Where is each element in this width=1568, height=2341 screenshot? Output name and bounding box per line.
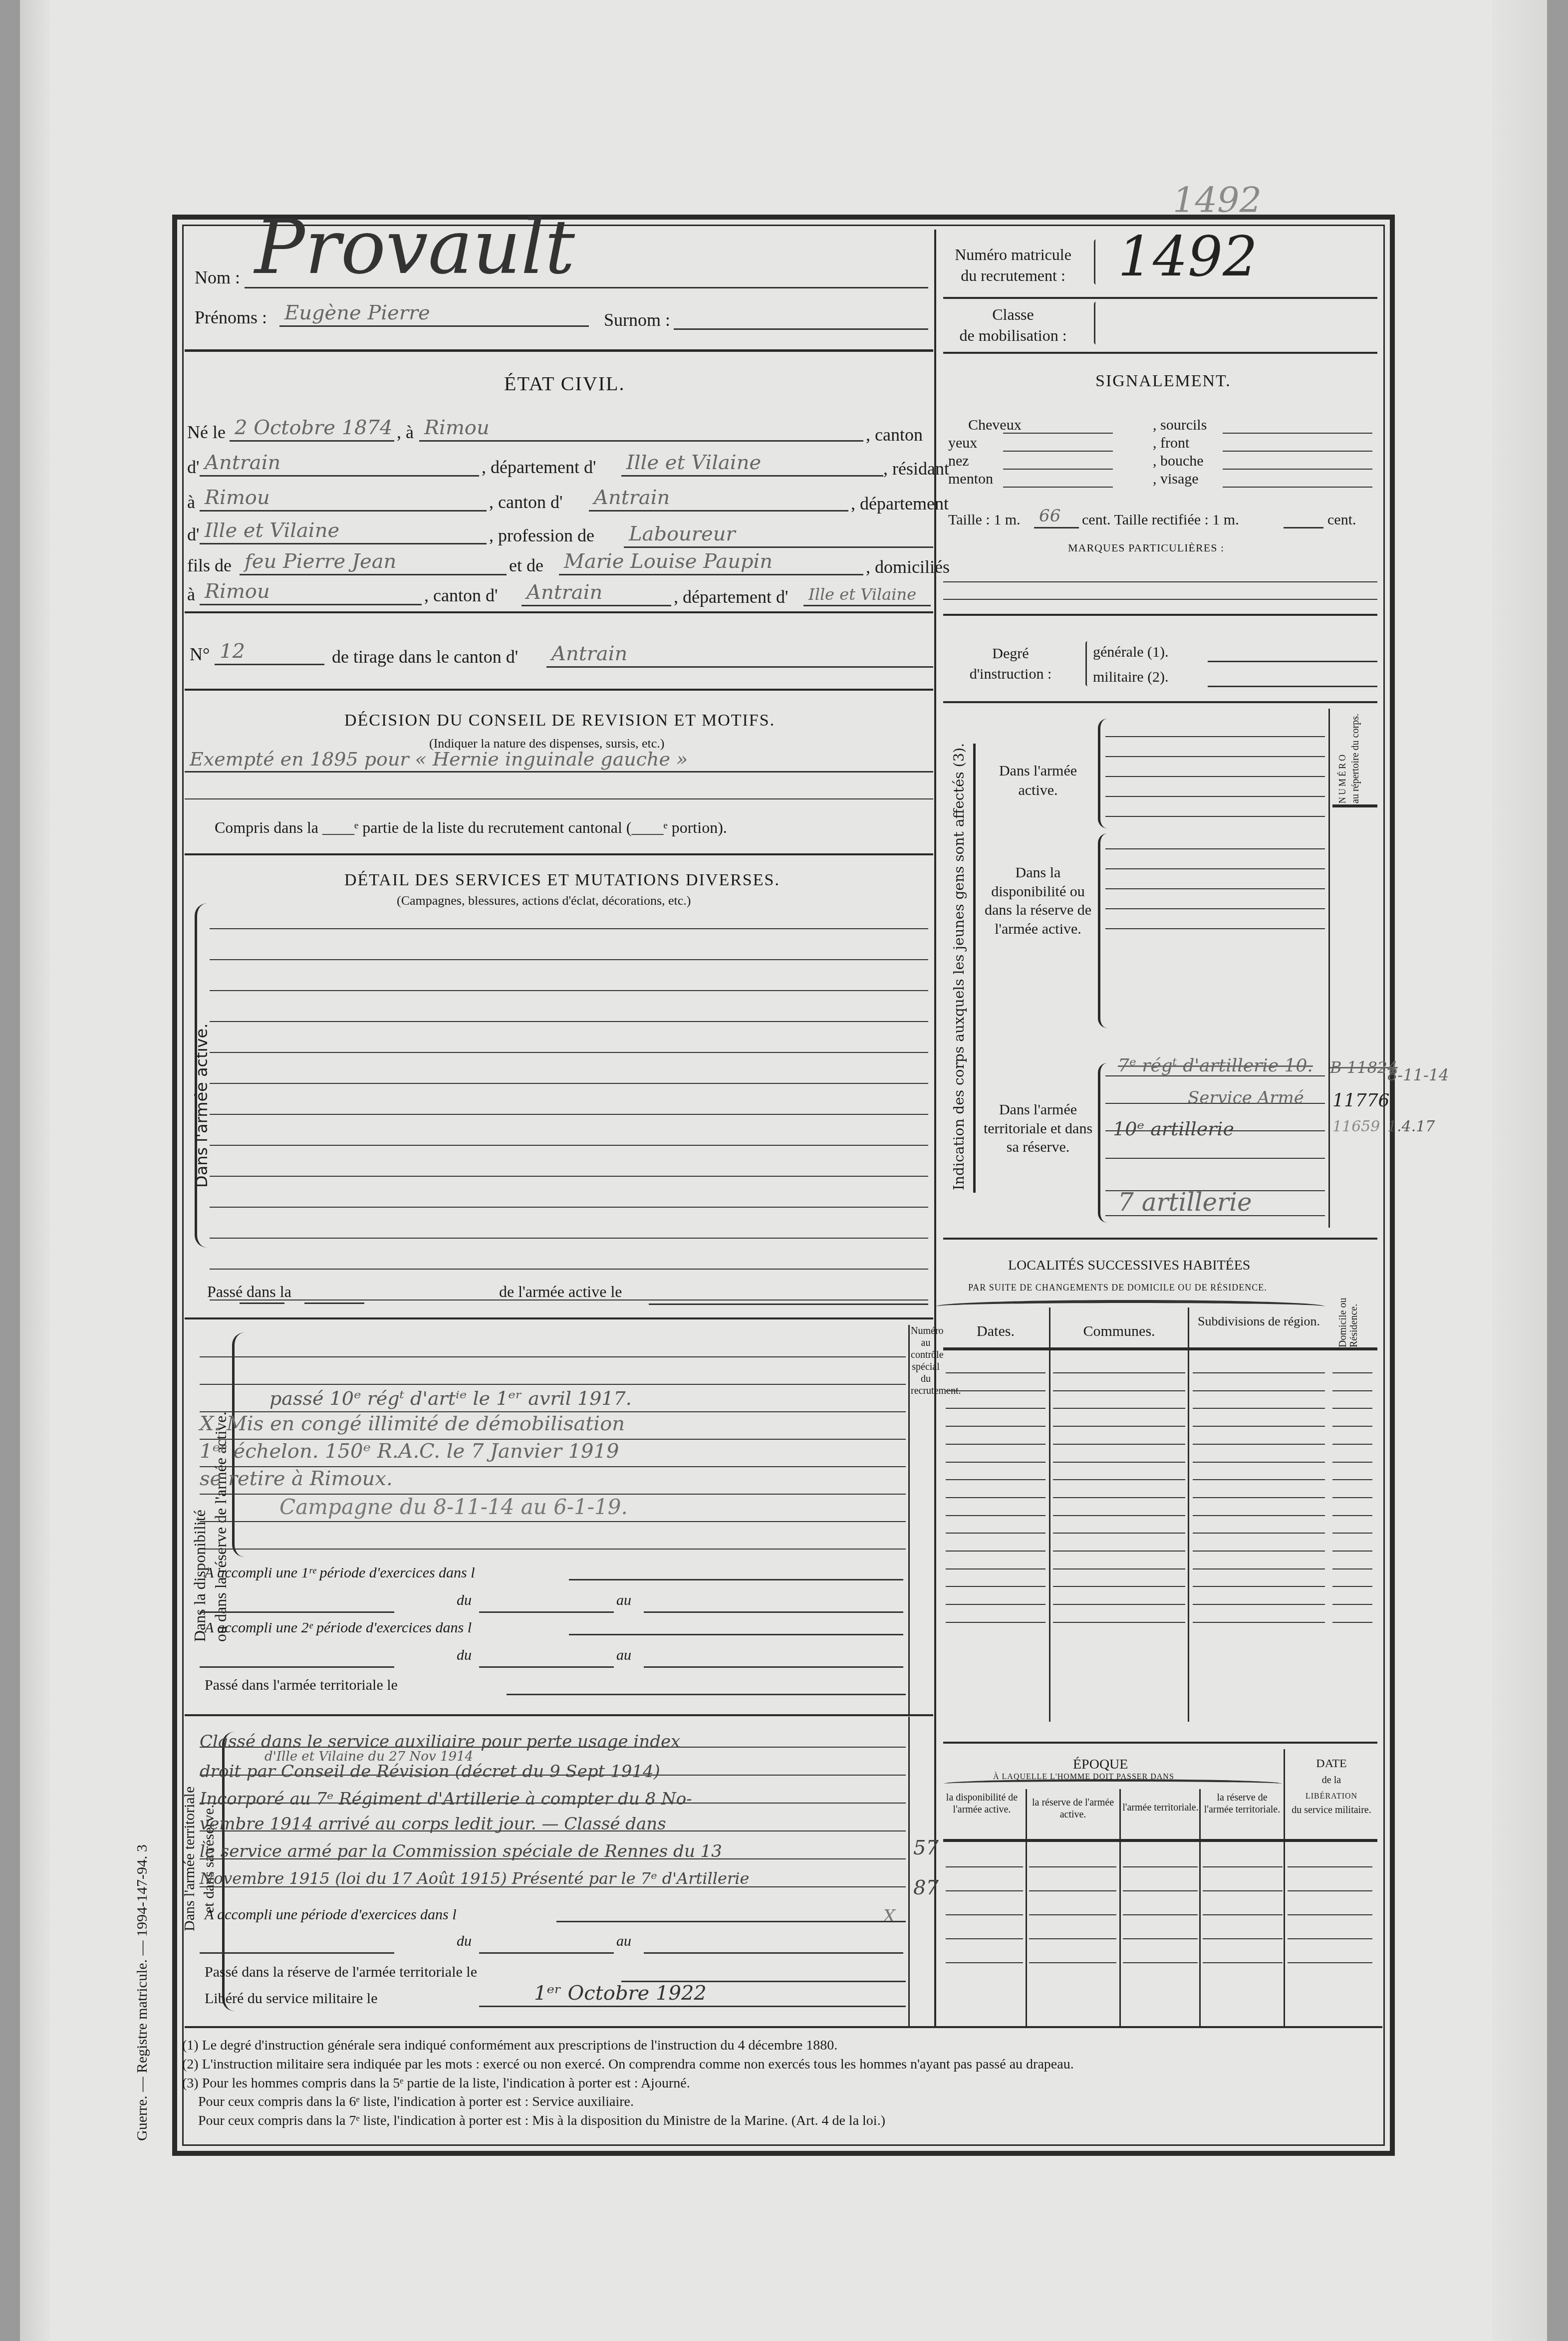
passe-territoriale-label: Passé dans l'armée territoriale le: [205, 1677, 398, 1694]
periode2-au-field: [644, 1649, 903, 1668]
et-de-label: et de: [509, 555, 543, 576]
signalement-field: [1223, 487, 1372, 488]
du-label: du: [457, 1933, 472, 1950]
dispo-entry: Campagne du 8-11-14 au 6-1-19.: [279, 1495, 628, 1519]
corps-date: 8-11-14: [1387, 1065, 1449, 1084]
ruled-line: [1105, 1158, 1325, 1159]
vertical-line: Dans l'armée territoriale: [180, 1787, 199, 1931]
date-liberation: LIBÉRATION: [1287, 1792, 1376, 1801]
ruled-line: [1193, 1479, 1325, 1480]
ruled-line: [1123, 1866, 1198, 1867]
signalement-label: , front: [1153, 435, 1189, 452]
signalement-label: yeux: [948, 435, 977, 452]
divider: [185, 1714, 933, 1716]
ruled-line: [1193, 1426, 1325, 1427]
divider: [943, 352, 1377, 354]
ruled-line: [1123, 1962, 1198, 1963]
divider: [943, 701, 1377, 703]
brace: [1098, 1063, 1107, 1223]
ruled-line: [946, 1962, 1023, 1963]
instruction-militaire-field: [1208, 669, 1377, 687]
ruled-line: [1029, 1962, 1116, 1963]
column-header-dates: Dates.: [946, 1322, 1045, 1340]
corps-dispo-label: Dans la disponibilité ou dans la réserve…: [981, 863, 1095, 938]
instruction-label: Degré d'instruction :: [948, 644, 1073, 684]
ruled-line: [1332, 1551, 1372, 1552]
ruled-line: [1053, 1604, 1185, 1605]
signalement-label: Cheveux: [968, 417, 1022, 434]
ruled-line: [946, 1444, 1045, 1445]
ruled-line: [946, 1622, 1045, 1623]
brace: [1098, 833, 1107, 1028]
signalement-field: [1003, 469, 1113, 470]
prenoms-label: Prénoms :: [195, 307, 267, 328]
ruled-line: [1193, 1622, 1325, 1623]
label-line: d'instruction :: [948, 664, 1073, 685]
column-divider: [908, 1717, 910, 2026]
ruled-line: [1105, 888, 1325, 889]
numero-controle-label: Numéro au contrôle spécial du recrutemen…: [911, 1325, 941, 1397]
periode-du-field: [479, 1935, 614, 1954]
label-line: Degré: [948, 644, 1073, 664]
signalement-field: [1003, 487, 1113, 488]
ruled-line: [210, 1176, 928, 1177]
decorative-swash: [943, 1779, 1283, 1789]
canton-label: , canton: [866, 424, 923, 445]
au-label: au: [616, 1933, 631, 1950]
page-edge: [1492, 0, 1547, 2341]
column-header-communes: Communes.: [1053, 1322, 1185, 1340]
profession: Laboureur: [629, 522, 736, 545]
dispo-entry: se retire à Rimoux.: [200, 1467, 393, 1490]
ruled-line: [1332, 1515, 1372, 1516]
book-spine: [20, 0, 50, 2341]
taille-field: 66: [1034, 509, 1079, 528]
du-label: du: [457, 1647, 472, 1664]
passe-type-field: [304, 1283, 364, 1304]
ruled-line: [1105, 868, 1325, 869]
mother-field: Marie Louise Paupin: [559, 554, 863, 575]
ruled-line: [1105, 736, 1325, 737]
ruled-line: [200, 1549, 906, 1550]
ruled-line: [1288, 1866, 1372, 1867]
ruled-line: [210, 1269, 928, 1270]
ruled-line: [946, 1497, 1045, 1498]
ruled-line: [1288, 1914, 1372, 1915]
ruled-line: [1053, 1497, 1185, 1498]
ruled-line: [946, 1390, 1045, 1391]
corps-territoriale-label: Dans l'armée territoriale et dans sa rés…: [981, 1100, 1095, 1157]
terr-entry: Incorporé au 7ᵉ Régiment d'Artillerie à …: [200, 1789, 692, 1809]
footnote-2: (2) L'instruction militaire sera indiqué…: [182, 2055, 1074, 2074]
birth-date-field: 2 Octobre 1874: [230, 420, 394, 442]
label-line: de mobilisation :: [943, 325, 1083, 346]
terr-entry: Novembre 1915 (loi du 17 Août 1915) Prés…: [200, 1869, 749, 1888]
birth-place: Rimou: [424, 416, 490, 439]
brace: [1094, 240, 1098, 284]
nom-label: Nom :: [195, 267, 240, 288]
ruled-line: [210, 959, 928, 960]
surnom-label: Surnom :: [604, 309, 670, 330]
passe-reserve-label: Passé dans la réserve de l'armée territo…: [205, 1964, 477, 1981]
signalement-field: [1003, 433, 1113, 434]
tirage-number-field: 12: [215, 644, 324, 665]
margin-note: 57: [913, 1836, 939, 1859]
ruled-line: [1053, 1533, 1185, 1534]
ruled-line: [210, 1052, 928, 1053]
tirage-canton-field: Antrain: [546, 646, 933, 668]
ruled-line: [1193, 1586, 1325, 1587]
date-rest: du service militaire.: [1287, 1804, 1376, 1816]
ruled-line: [210, 1021, 928, 1022]
periode2-du-field: [479, 1649, 614, 1668]
cent-label: cent. Taille rectifiée : 1 m.: [1082, 512, 1239, 528]
ruled-line: [1193, 1372, 1325, 1373]
numero-vertical: NUMÉRO: [1337, 753, 1348, 803]
ruled-line: [1105, 756, 1325, 757]
decision-field: Exempté en 1895 pour « Hernie inguinale …: [185, 751, 933, 773]
ruled-line: [1288, 1962, 1372, 1963]
label-line: Classe: [943, 304, 1083, 325]
epoque-title: ÉPOQUE: [1073, 1757, 1128, 1773]
ruled-line: [946, 1372, 1045, 1373]
footnote-3b: Pour ceux compris dans la 6ᵉ liste, l'in…: [182, 2092, 1074, 2111]
ruled-line: [185, 798, 933, 799]
divider: [185, 1317, 933, 1319]
detail-services-title: DÉTAIL DES SERVICES ET MUTATIONS DIVERSE…: [344, 871, 780, 890]
ruled-line: [1203, 1914, 1283, 1915]
detail-services-subtitle: (Campagnes, blessures, actions d'éclat, …: [397, 893, 691, 908]
ruled-line: [1193, 1408, 1325, 1409]
ruled-line: [210, 928, 928, 929]
divider: [943, 614, 1377, 616]
ruled-line: [946, 1426, 1045, 1427]
ruled-line: [1053, 1622, 1185, 1623]
d-label: d': [187, 524, 200, 545]
ruled-line: [1123, 1890, 1198, 1891]
signalement-field: [1223, 451, 1372, 452]
margin-note: 87: [913, 1876, 939, 1899]
ruled-line: [1029, 1938, 1116, 1939]
column-divider: [1026, 1789, 1027, 2026]
ruled-line: [1123, 1914, 1198, 1915]
periode-au-field: [644, 1935, 903, 1954]
brace: [1085, 641, 1090, 686]
residence-dept-field: Ille et Vilaine: [200, 523, 487, 544]
ruled-line: [1105, 928, 1325, 929]
divider: [185, 611, 933, 613]
column-divider: [1188, 1307, 1189, 1722]
dispo-entry: 1ᵉʳ échelon. 150ᵉ R.A.C. le 7 Janvier 19…: [200, 1440, 619, 1463]
mother-name: Marie Louise Paupin: [564, 550, 773, 573]
epoque-col-reserve-territoriale: la réserve de l'armée territoriale.: [1202, 1792, 1283, 1816]
passe-date-field: [649, 1284, 928, 1305]
ruled-line: [1332, 1497, 1372, 1498]
divider: [1332, 804, 1377, 807]
localites-subtitle: PAR SUITE DE CHANGEMENTS DE DOMICILE OU …: [968, 1283, 1267, 1293]
departement-label: , département d': [482, 457, 596, 478]
residence-canton-field: Antrain: [589, 490, 848, 512]
ruled-line: [1053, 1372, 1185, 1373]
ruled-line: [1332, 1479, 1372, 1480]
ruled-line: [1029, 1914, 1116, 1915]
ruled-line: [1332, 1622, 1372, 1623]
ruled-line: [1053, 1479, 1185, 1480]
decision-title: DÉCISION DU CONSEIL DE REVISION ET MOTIF…: [344, 711, 775, 730]
ruled-line: [1123, 1938, 1198, 1939]
ruled-line: [1193, 1551, 1325, 1552]
ruled-line: [210, 1238, 928, 1239]
ruled-line: [1053, 1551, 1185, 1552]
ruled-line: [210, 990, 928, 991]
ruled-line: [200, 1384, 906, 1385]
prenoms-field: Eugène Pierre: [279, 305, 589, 327]
parents-residence-field: Rimou: [200, 584, 422, 605]
periode-label: A accompli une période d'exercices dans …: [205, 1906, 457, 1923]
birth-dept-field: Ille et Vilaine: [621, 455, 883, 477]
residant-label: , résidant: [883, 458, 949, 479]
signalement-label: , bouche: [1153, 453, 1204, 470]
matricule-number: 1492: [1118, 225, 1258, 288]
divider: [185, 349, 933, 352]
divider: [185, 853, 933, 855]
footnotes: (1) Le degré d'instruction générale sera…: [182, 2036, 1074, 2130]
footnote-3: (3) Pour les hommes compris dans la 5ᵉ p…: [182, 2074, 1074, 2093]
column-divider: [1199, 1789, 1201, 2026]
corps-entry: 10ᵉ artillerie: [1113, 1118, 1234, 1140]
corps-entry: Service Armé: [1188, 1088, 1304, 1108]
decorative-swash: [936, 1300, 1325, 1313]
periode1-au-field: [644, 1594, 903, 1613]
ruled-line: [1288, 1938, 1372, 1939]
ruled-line: [1332, 1604, 1372, 1605]
departement-label: , département: [851, 493, 949, 514]
signalement-label: , sourcils: [1153, 417, 1207, 434]
ruled-line: [1105, 848, 1325, 849]
cent-label: cent.: [1327, 512, 1356, 528]
tirage-canton: Antrain: [551, 642, 627, 665]
ruled-line: [1053, 1426, 1185, 1427]
birth-place-field: Rimou: [419, 420, 863, 442]
ruled-line: [1193, 1515, 1325, 1516]
brace: [1094, 302, 1098, 344]
corps-entry: 7ᵉ régᵗ d'artillerie 10.: [1118, 1055, 1313, 1076]
d-label: d': [187, 457, 200, 478]
terr-entry: Classé dans le service auxiliaire pour p…: [200, 1732, 908, 1752]
tirage-no-label: N°: [190, 644, 210, 665]
ruled-line: [1193, 1462, 1325, 1463]
taille-label: Taille : 1 m.: [948, 512, 1021, 528]
ruled-line: [946, 1515, 1045, 1516]
ruled-line: [946, 1914, 1023, 1915]
footnote-3c: Pour ceux compris dans la 7ᵉ liste, l'in…: [182, 2111, 1074, 2130]
ruled-line: [1193, 1390, 1325, 1391]
ruled-line: [943, 581, 1377, 582]
taille-value: 66: [1039, 506, 1060, 526]
ruled-line: [1193, 1444, 1325, 1445]
corps-numero: 11659: [1332, 1118, 1380, 1135]
dispo-entry: passé 10ᵉ régᵗ d'artⁱᵉ le 1ᵉʳ avril 1917…: [269, 1387, 632, 1409]
ruled-line: [1053, 1586, 1185, 1587]
periode1-du-field: [479, 1594, 614, 1613]
printer-imprint: Guerre. — Registre matricule. — 1994-147…: [134, 1844, 151, 2141]
divider: [943, 297, 1377, 299]
corps-numero: 11776: [1332, 1090, 1390, 1111]
tirage-number: 12: [220, 640, 245, 663]
classe-label: Classe de mobilisation :: [943, 304, 1083, 346]
father-field: feu Pierre Jean: [240, 554, 507, 575]
periode-field: [556, 1904, 906, 1922]
ruled-line: [1053, 1462, 1185, 1463]
nom-value: Provault: [255, 204, 575, 291]
ruled-line: [1105, 816, 1325, 817]
parents-residence: Rimou: [205, 580, 270, 603]
date-title: DATE: [1287, 1757, 1376, 1771]
ruled-line: [1332, 1426, 1372, 1427]
ruled-line: [200, 1521, 906, 1522]
profession-label: , profession de: [489, 525, 594, 546]
divider: [943, 1347, 1377, 1350]
divider: [973, 744, 976, 1193]
ruled-line: [200, 1356, 906, 1357]
signalement-field: [1223, 469, 1372, 470]
ruled-line: [1203, 1938, 1283, 1939]
ruled-line: [210, 1083, 928, 1084]
divider: [943, 1238, 1377, 1240]
birth-canton-field: Antrain: [200, 455, 479, 477]
ruled-line: [1105, 776, 1325, 777]
ruled-line: [946, 1462, 1045, 1463]
ruled-line: [946, 1408, 1045, 1409]
ruled-line: [1332, 1390, 1372, 1391]
parents-dept-field: Ille et Vilaine: [803, 585, 931, 606]
passe-mid-label: de l'armée active le: [499, 1283, 622, 1301]
ruled-line: [210, 1207, 928, 1208]
periode2-label: A accompli une 2ᵉ période d'exercices da…: [205, 1619, 472, 1636]
ruled-line: [946, 1479, 1045, 1480]
ruled-line: [946, 1551, 1045, 1552]
residence-field: Rimou: [200, 490, 487, 512]
ruled-line: [1203, 1866, 1283, 1867]
ruled-line: [1053, 1390, 1185, 1391]
birth-date: 2 Octobre 1874: [235, 416, 392, 439]
ruled-line: [946, 1568, 1045, 1569]
ruled-line: [1332, 1444, 1372, 1445]
etat-civil-title: ÉTAT CIVIL.: [504, 372, 625, 395]
marques-title: MARQUES PARTICULIÈRES :: [1068, 541, 1224, 554]
au-label: au: [616, 1592, 631, 1609]
instruction-generale-label: générale (1).: [1093, 644, 1169, 661]
departement-label: , département d': [674, 586, 788, 607]
corps-vertical-label: Indication des corps auxquels les jeunes…: [951, 743, 967, 1190]
ruled-line: [1053, 1568, 1185, 1569]
divider: [185, 2026, 1382, 2028]
ruled-line: [1053, 1408, 1185, 1409]
ruled-line: [946, 1586, 1045, 1587]
passe-territoriale-field: [507, 1677, 906, 1695]
column-divider: [908, 1325, 910, 1714]
instruction-generale-field: [1208, 644, 1377, 662]
taille-rectifiee-field: [1284, 509, 1323, 528]
a-label: , à: [397, 422, 414, 443]
surnom-field: [674, 308, 928, 330]
ruled-line: [1193, 1568, 1325, 1569]
corps-active-label: Dans l'armée active.: [981, 761, 1095, 800]
epoque-col-reserve-active: la réserve de l'armée active.: [1028, 1797, 1118, 1821]
passe-field: [240, 1283, 284, 1304]
divider: [943, 1839, 1377, 1842]
prenoms-value: Eugène Pierre: [284, 301, 430, 324]
ruled-line: [1053, 1515, 1185, 1516]
domicilies-label: , domiciliés: [866, 556, 950, 577]
tirage-label: de tirage dans le canton d': [332, 646, 518, 667]
localites-title: LOCALITÉS SUCCESSIVES HABITÉES: [1008, 1258, 1250, 1274]
libere-date: 1ᵉʳ Octobre 1922: [534, 1982, 707, 2005]
ruled-line: [1332, 1462, 1372, 1463]
date-sub: de la: [1287, 1774, 1376, 1786]
ruled-line: [1332, 1568, 1372, 1569]
instruction-militaire-label: militaire (2).: [1093, 669, 1169, 686]
residence-canton: Antrain: [594, 486, 670, 509]
column-divider: [1328, 709, 1330, 1228]
signalement-title: SIGNALEMENT.: [1095, 372, 1231, 391]
ruled-line: [1053, 1444, 1185, 1445]
libere-field: 1ᵉʳ Octobre 1922: [479, 1989, 906, 2007]
fils-de-label: fils de: [187, 555, 232, 576]
label-line: Numéro matricule: [943, 245, 1083, 265]
ruled-line: [1332, 1533, 1372, 1534]
terr-entry: le service armé par la Commission spécia…: [200, 1841, 722, 1861]
parents-departement: Ille et Vilaine: [808, 585, 916, 604]
epoque-col-territoriale: l'armée territoriale.: [1122, 1802, 1199, 1814]
corps-date: 1.4.17: [1387, 1118, 1435, 1135]
terr-entry: vembre 1914 arrivé au corps ledit jour. …: [200, 1814, 666, 1834]
periode1-label: A accompli une 1ʳᵉ période d'exercices d…: [205, 1564, 475, 1581]
parents-canton: Antrain: [526, 581, 602, 604]
a-label: à: [187, 584, 195, 605]
canton-label: , canton d': [489, 492, 562, 513]
ruled-line: [1105, 908, 1325, 909]
signalement-label: nez: [948, 453, 969, 470]
ruled-line: [210, 1145, 928, 1146]
ruled-line: [1193, 1533, 1325, 1534]
ruled-line: [1193, 1604, 1325, 1605]
ruled-line: [946, 1604, 1045, 1605]
brace: [195, 903, 207, 1248]
libere-label: Libéré du service militaire le: [205, 1990, 378, 2007]
passe-reserve-field: [621, 1964, 906, 1982]
ruled-line: [1288, 1890, 1372, 1891]
numero-vertical: au répertoire du corps.: [1350, 714, 1361, 803]
periode-start-field: [200, 1935, 394, 1954]
periode2-start-field: [200, 1649, 394, 1668]
divider: [943, 1742, 1377, 1744]
epoque-col-disponibilite: la disponibilité de l'armée active.: [938, 1792, 1026, 1816]
column-header-subdivisions: Subdivisions de région.: [1193, 1313, 1325, 1329]
birth-canton: Antrain: [205, 451, 280, 474]
father-name: feu Pierre Jean: [245, 550, 396, 573]
column-divider: [1284, 1749, 1285, 2026]
signalement-label: , visage: [1153, 471, 1199, 488]
parents-canton-field: Antrain: [522, 585, 671, 606]
ruled-line: [946, 1533, 1045, 1534]
signalement-field: [1003, 451, 1113, 452]
periode1-start-field: [200, 1594, 394, 1613]
corps-entry: 7 artillerie: [1118, 1188, 1252, 1217]
ruled-line: [1029, 1866, 1116, 1867]
ne-le-label: Né le: [187, 422, 226, 443]
dispo-entry: X. Mis en congé illimité de démobilisati…: [200, 1412, 625, 1435]
